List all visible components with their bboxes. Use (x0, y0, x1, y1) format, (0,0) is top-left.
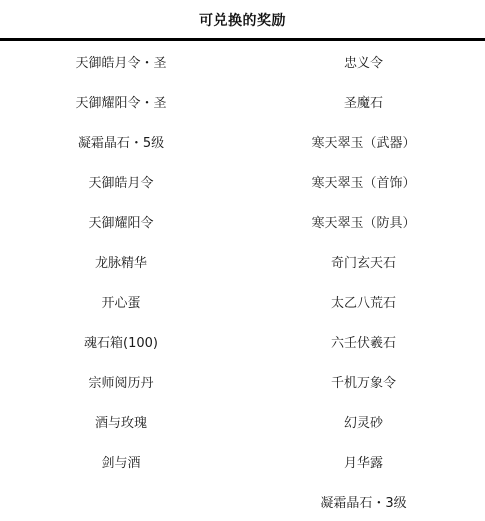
reward-item: 太乙八荒石 (242, 281, 485, 321)
reward-item: 奇门玄天石 (242, 241, 485, 281)
reward-item: 天御耀阳令・圣 (0, 81, 242, 121)
header: 可兑换的奖励 (0, 0, 485, 38)
reward-item: 宗师阅历丹 (0, 361, 242, 401)
reward-item: 圣魔石 (242, 81, 485, 121)
reward-item: 凝霜晶石・3级 (242, 481, 485, 521)
reward-item: 天御耀阳令 (0, 201, 242, 241)
reward-item: 天御皓月令 (0, 161, 242, 201)
reward-item: 忠义令 (242, 41, 485, 81)
reward-item: 寒天翠玉（武器） (242, 121, 485, 161)
reward-item: 酒与玫瑰 (0, 401, 242, 441)
reward-item: 天御皓月令・圣 (0, 41, 242, 81)
reward-item: 寒天翠玉（首饰） (242, 161, 485, 201)
reward-item: 月华露 (242, 441, 485, 481)
reward-item: 凝霜晶石・5级 (0, 121, 242, 161)
reward-item: 剑与酒 (0, 441, 242, 481)
reward-item: 寒天翠玉（防具） (242, 201, 485, 241)
rewards-column-left: 天御皓月令・圣 天御耀阳令・圣 凝霜晶石・5级 天御皓月令 天御耀阳令 龙脉精华… (0, 41, 242, 521)
reward-item: 千机万象令 (242, 361, 485, 401)
reward-item: 六壬伏羲石 (242, 321, 485, 361)
reward-item: 魂石箱(100) (0, 321, 242, 361)
rewards-page: 可兑换的奖励 天御皓月令・圣 天御耀阳令・圣 凝霜晶石・5级 天御皓月令 天御耀… (0, 0, 485, 521)
reward-item: 开心蛋 (0, 281, 242, 321)
reward-item: 龙脉精华 (0, 241, 242, 281)
page-title: 可兑换的奖励 (199, 10, 286, 30)
reward-item: 幻灵砂 (242, 401, 485, 441)
rewards-table: 天御皓月令・圣 天御耀阳令・圣 凝霜晶石・5级 天御皓月令 天御耀阳令 龙脉精华… (0, 41, 485, 521)
rewards-column-right: 忠义令 圣魔石 寒天翠玉（武器） 寒天翠玉（首饰） 寒天翠玉（防具） 奇门玄天石… (242, 41, 485, 521)
